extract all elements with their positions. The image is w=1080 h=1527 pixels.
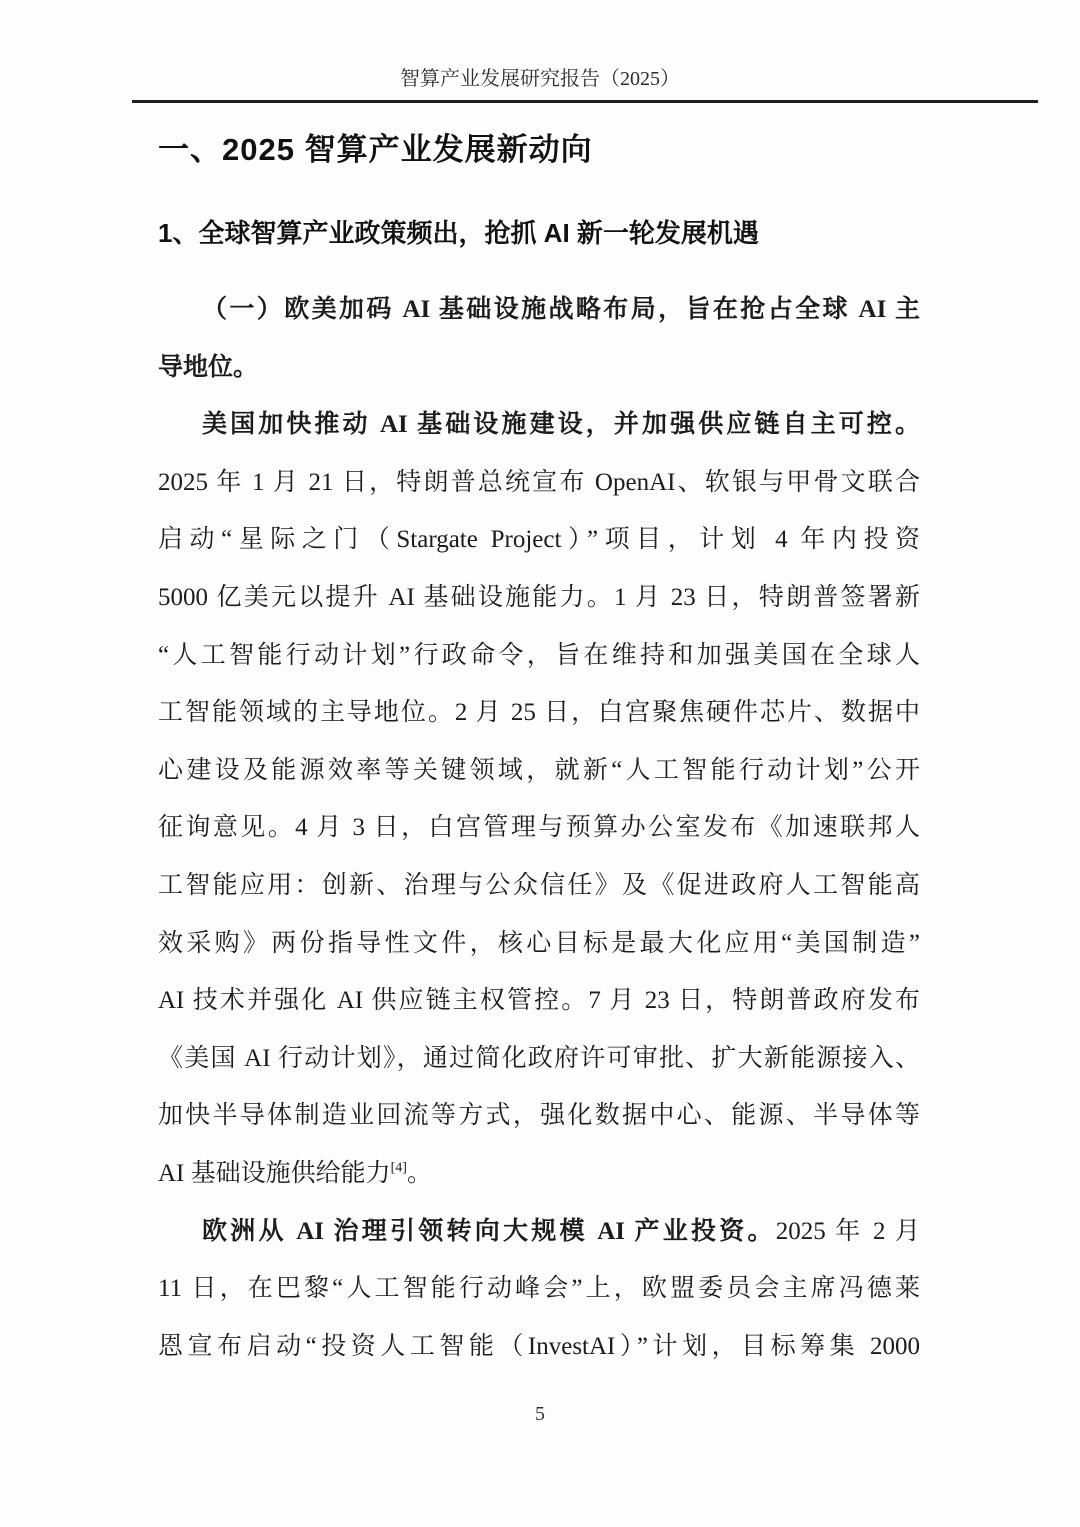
text-line: 加快半导体制造业回流等方式，强化数据中心、能源、半导体等 <box>158 1087 920 1145</box>
text-segment: “人工智能行动计划”行政命令，旨在维持和加强美国在全球人 <box>158 642 920 669</box>
text-line: 效采购》两份指导性文件，核心目标是最大化应用“美国制造” <box>158 915 920 973</box>
text-line: AI 技术并强化 AI 供应链主权管控。7 月 23 日，特朗普政府发布 <box>158 972 920 1030</box>
text-segment: AI 基础设施供给能力 <box>158 1160 391 1187</box>
page-number: 5 <box>535 1403 545 1425</box>
text-line: AI 基础设施供给能力[4]。 <box>158 1145 920 1203</box>
text-line: 恩宣布启动“投资人工智能（InvestAI）”计划，目标筹集 2000 <box>158 1318 920 1376</box>
page-content: 一、2025 智算产业发展新动向 1、全球智算产业政策频出，抢抓 AI 新一轮发… <box>158 130 920 1375</box>
text-segment: 工智能领域的主导地位。2 月 25 日，白宫聚焦硬件芯片、数据中 <box>158 699 920 726</box>
text-segment: 。 <box>407 1160 432 1187</box>
page-header: 智算产业发展研究报告（2025） <box>0 0 1080 92</box>
text-line: 征询意见。4 月 3 日，白宫管理与预算办公室发布《加速联邦人 <box>158 799 920 857</box>
section-heading: 一、2025 智算产业发展新动向 <box>158 130 920 170</box>
document-page: 智算产业发展研究报告（2025） 一、2025 智算产业发展新动向 1、全球智算… <box>0 0 1080 1527</box>
text-segment: 恩宣布启动“投资人工智能（InvestAI）”计划，目标筹集 2000 <box>158 1333 920 1360</box>
text-line: 11 日，在巴黎“人工智能行动峰会”上，欧盟委员会主席冯德莱 <box>158 1260 920 1318</box>
text-line: 导地位。 <box>158 339 920 397</box>
text-line: 启动“星际之门（Stargate Project）”项目，计划 4 年内投资 <box>158 511 920 569</box>
text-line: 5000 亿美元以提升 AI 基础设施能力。1 月 23 日，特朗普签署新 <box>158 569 920 627</box>
text-segment: 导地位。 <box>158 354 258 381</box>
text-segment: 欧洲从 AI 治理引领转向大规模 AI 产业投资。 <box>202 1218 776 1245</box>
text-line: “人工智能行动计划”行政命令，旨在维持和加强美国在全球人 <box>158 627 920 685</box>
text-line: （一）欧美加码 AI 基础设施战略布局，旨在抢占全球 AI 主 <box>158 281 920 339</box>
text-line: 心建设及能源效率等关键领域，就新“人工智能行动计划”公开 <box>158 742 920 800</box>
footnote-ref: [4] <box>391 1161 407 1176</box>
text-segment: 效采购》两份指导性文件，核心目标是最大化应用“美国制造” <box>158 930 920 957</box>
body-paragraphs: （一）欧美加码 AI 基础设施战略布局，旨在抢占全球 AI 主导地位。美国加快推… <box>158 281 920 1375</box>
text-segment: 2025 年 2 月 <box>776 1218 920 1245</box>
text-segment: 加快半导体制造业回流等方式，强化数据中心、能源、半导体等 <box>158 1102 920 1129</box>
text-segment: 《美国 AI 行动计划》，通过简化政府许可审批、扩大新能源接入、 <box>158 1045 920 1072</box>
text-line: 工智能领域的主导地位。2 月 25 日，白宫聚焦硬件芯片、数据中 <box>158 684 920 742</box>
header-title: 智算产业发展研究报告（2025） <box>400 68 680 90</box>
text-line: 欧洲从 AI 治理引领转向大规模 AI 产业投资。2025 年 2 月 <box>158 1203 920 1261</box>
text-segment: 心建设及能源效率等关键领域，就新“人工智能行动计划”公开 <box>158 757 920 784</box>
text-line: 工智能应用：创新、治理与公众信任》及《促进政府人工智能高 <box>158 857 920 915</box>
header-rule <box>132 100 1038 103</box>
text-segment: 5000 亿美元以提升 AI 基础设施能力。1 月 23 日，特朗普签署新 <box>158 584 920 611</box>
text-segment: 征询意见。4 月 3 日，白宫管理与预算办公室发布《加速联邦人 <box>158 814 920 841</box>
text-line: 2025 年 1 月 21 日，特朗普总统宣布 OpenAI、软银与甲骨文联合 <box>158 454 920 512</box>
text-segment: 11 日，在巴黎“人工智能行动峰会”上，欧盟委员会主席冯德莱 <box>158 1275 920 1302</box>
subsection-heading: 1、全球智算产业政策频出，抢抓 AI 新一轮发展机遇 <box>158 216 920 250</box>
para-subsection-lead: （一）欧美加码 AI 基础设施战略布局，旨在抢占全球 AI 主导地位。 <box>158 281 920 396</box>
text-segment: 工智能应用：创新、治理与公众信任》及《促进政府人工智能高 <box>158 872 920 899</box>
page-footer: 5 <box>0 1401 1080 1427</box>
text-segment: AI 技术并强化 AI 供应链主权管控。7 月 23 日，特朗普政府发布 <box>158 987 920 1014</box>
text-line: 美国加快推动 AI 基础设施建设，并加强供应链自主可控。 <box>158 396 920 454</box>
para-europe-policy: 欧洲从 AI 治理引领转向大规模 AI 产业投资。2025 年 2 月11 日，… <box>158 1203 920 1376</box>
text-segment: 启动“星际之门（Stargate Project）”项目，计划 4 年内投资 <box>158 526 920 553</box>
text-segment: 2025 年 1 月 21 日，特朗普总统宣布 OpenAI、软银与甲骨文联合 <box>158 469 920 496</box>
para-us-policy: 美国加快推动 AI 基础设施建设，并加强供应链自主可控。2025 年 1 月 2… <box>158 396 920 1202</box>
text-segment: （一）欧美加码 AI 基础设施战略布局，旨在抢占全球 AI 主 <box>202 296 920 323</box>
text-line: 《美国 AI 行动计划》，通过简化政府许可审批、扩大新能源接入、 <box>158 1030 920 1088</box>
text-segment: 美国加快推动 AI 基础设施建设，并加强供应链自主可控。 <box>202 411 920 438</box>
